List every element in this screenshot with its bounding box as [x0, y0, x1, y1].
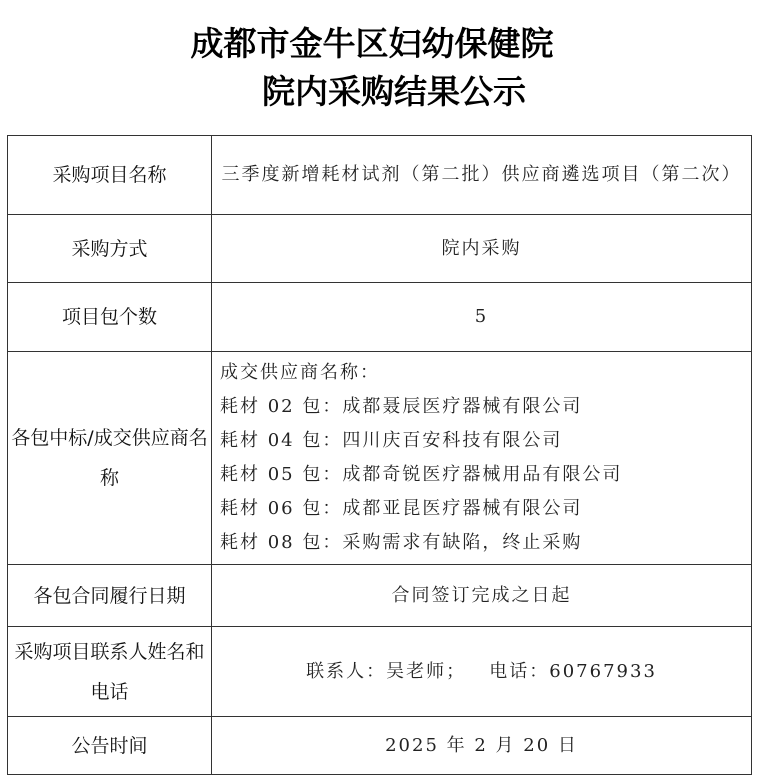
supplier-package-08: 耗材 08 包：采购需求有缺陷，终止采购 [220, 526, 751, 560]
document-title-line1: 成都市金牛区妇幼保健院 [0, 24, 752, 64]
label-contact: 采购项目联系人姓名和电话 [8, 627, 212, 717]
value-procurement-method: 院内采购 [212, 215, 752, 283]
document-title-line2: 院内采购结果公示 [14, 72, 760, 112]
value-contact: 联系人：吴老师； 电话：60767933 [212, 627, 752, 717]
value-contract-date: 合同签订完成之日起 [212, 565, 752, 627]
supplier-package-05: 耗材 05 包：成都奇锐医疗器械用品有限公司 [220, 458, 751, 492]
supplier-package-02: 耗材 02 包：成都聂辰医疗器械有限公司 [220, 390, 751, 424]
table-row-procurement-method: 采购方式 院内采购 [8, 215, 752, 283]
table-row-contact: 采购项目联系人姓名和电话 联系人：吴老师； 电话：60767933 [8, 627, 752, 717]
value-project-name: 三季度新增耗材试剂（第二批）供应商遴选项目（第二次） [212, 136, 752, 215]
table-row-project-name: 采购项目名称 三季度新增耗材试剂（第二批）供应商遴选项目（第二次） [8, 136, 752, 215]
procurement-result-table: 采购项目名称 三季度新增耗材试剂（第二批）供应商遴选项目（第二次） 采购方式 院… [7, 135, 752, 775]
supplier-package-04: 耗材 04 包：四川庆百安科技有限公司 [220, 424, 751, 458]
table-row-package-count: 项目包个数 5 [8, 283, 752, 352]
label-announcement-date: 公告时间 [8, 717, 212, 775]
label-project-name: 采购项目名称 [8, 136, 212, 215]
label-procurement-method: 采购方式 [8, 215, 212, 283]
value-announcement-date: 2025 年 2 月 20 日 [212, 717, 752, 775]
label-contract-date: 各包合同履行日期 [8, 565, 212, 627]
label-winning-suppliers: 各包中标/成交供应商名称 [8, 352, 212, 565]
label-package-count: 项目包个数 [8, 283, 212, 352]
supplier-heading: 成交供应商名称： [220, 356, 751, 390]
supplier-package-06: 耗材 06 包：成都亚昆医疗器械有限公司 [220, 492, 751, 526]
table-row-contract-date: 各包合同履行日期 合同签订完成之日起 [8, 565, 752, 627]
value-package-count: 5 [212, 283, 752, 352]
table-row-winning-suppliers: 各包中标/成交供应商名称 成交供应商名称： 耗材 02 包：成都聂辰医疗器械有限… [8, 352, 752, 565]
value-winning-suppliers: 成交供应商名称： 耗材 02 包：成都聂辰医疗器械有限公司 耗材 04 包：四川… [212, 352, 752, 565]
table-row-announcement-date: 公告时间 2025 年 2 月 20 日 [8, 717, 752, 775]
